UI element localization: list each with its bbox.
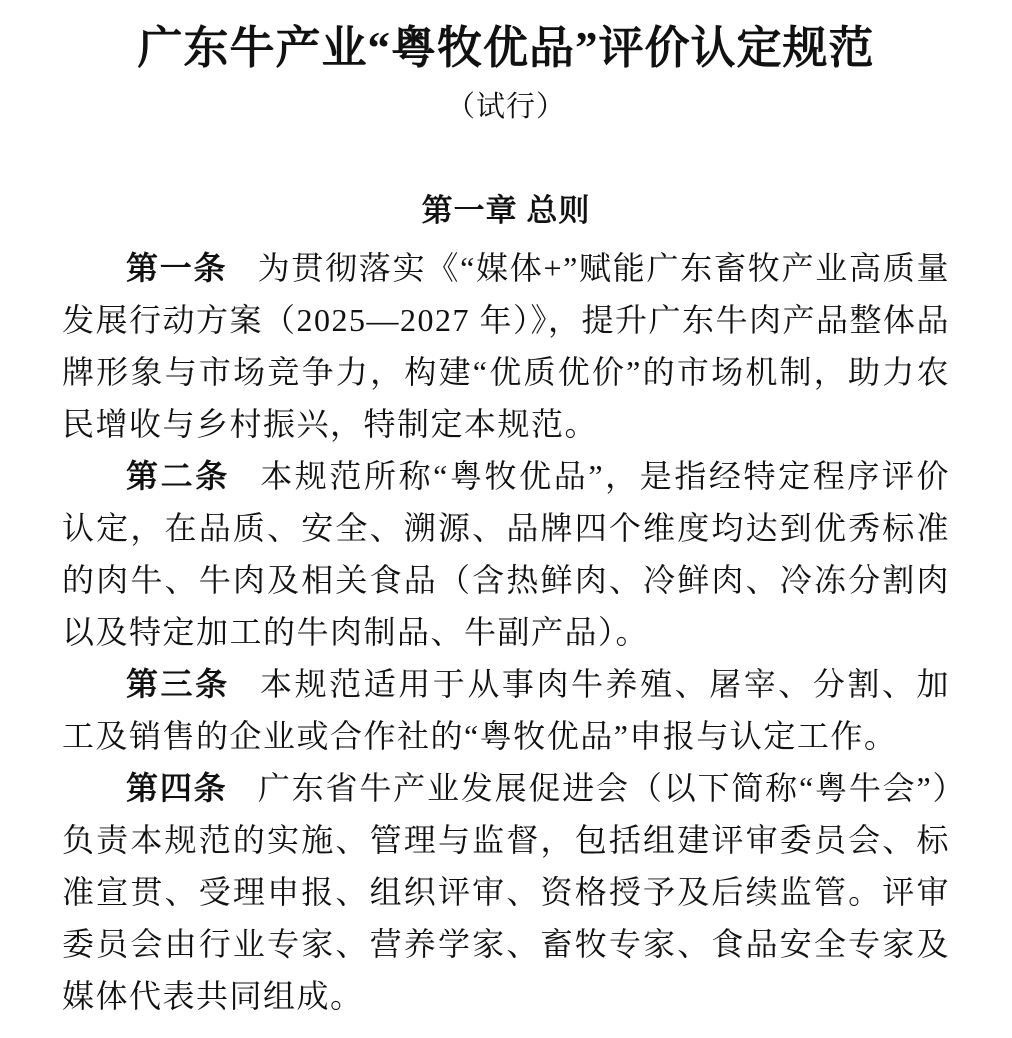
article-4-label: 第四条 xyxy=(126,770,227,806)
article-1: 第一条为贯彻落实《“媒体+”赋能广东畜牧产业高质量发展行动方案（2025—202… xyxy=(62,242,950,450)
articles-section: 第一条为贯彻落实《“媒体+”赋能广东畜牧产业高质量发展行动方案（2025—202… xyxy=(62,242,950,1022)
document-subtitle: （试行） xyxy=(62,84,950,125)
article-1-label: 第一条 xyxy=(126,250,227,286)
chapter-heading: 第一章 总则 xyxy=(62,185,950,230)
article-4-text: 广东省牛产业发展促进会（以下简称“粤牛会”）负责本规范的实施、管理与监督，包括组… xyxy=(62,770,950,1014)
article-4: 第四条广东省牛产业发展促进会（以下简称“粤牛会”）负责本规范的实施、管理与监督，… xyxy=(62,762,950,1022)
article-3-label: 第三条 xyxy=(126,666,230,702)
article-2-label: 第二条 xyxy=(126,458,230,494)
article-2: 第二条本规范所称“粤牧优品”，是指经特定程序评价认定，在品质、安全、溯源、品牌四… xyxy=(62,450,950,658)
document-page: 广东牛产业“粤牧优品”评价认定规范 （试行） 第一章 总则 第一条为贯彻落实《“… xyxy=(0,0,1012,1038)
article-3: 第三条本规范适用于从事肉牛养殖、屠宰、分割、加工及销售的企业或合作社的“粤牧优品… xyxy=(62,658,950,762)
document-title: 广东牛产业“粤牧优品”评价认定规范 xyxy=(62,20,950,76)
